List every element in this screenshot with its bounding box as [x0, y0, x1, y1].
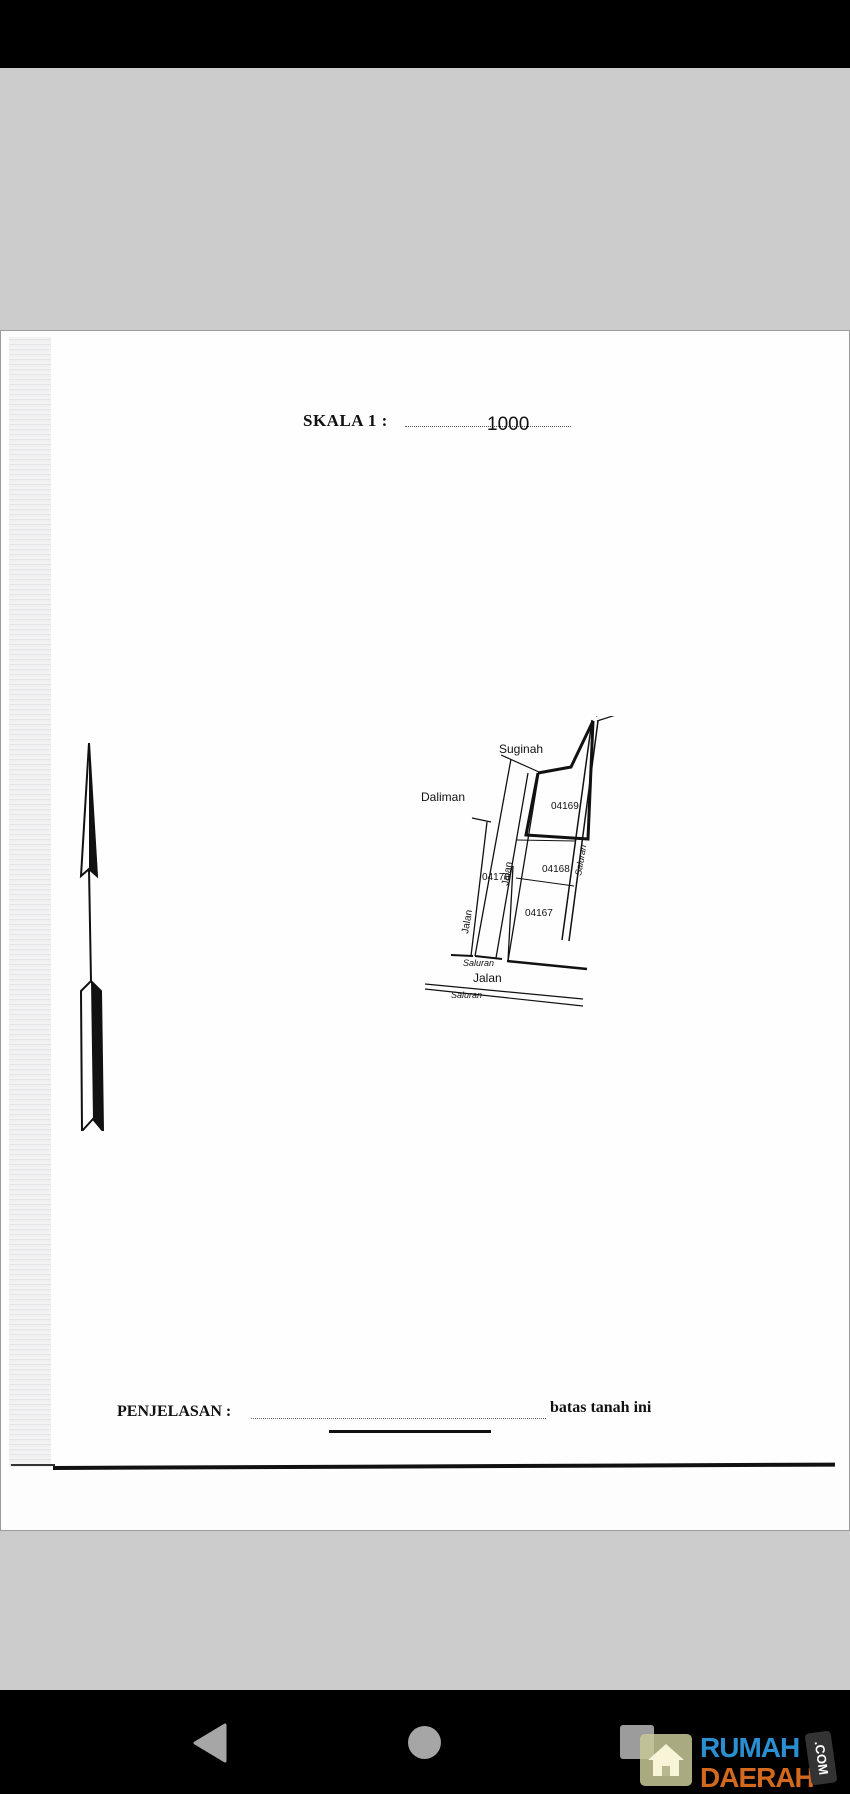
neighbor-daliman: Daliman: [421, 790, 465, 804]
scale-value: 1000: [487, 414, 529, 436]
status-bar: [0, 0, 850, 68]
scale-label: SKALA 1 :: [303, 411, 388, 431]
explanation-dotted-line: [251, 1418, 546, 1419]
road-label-jalan-bottom: Jalan: [473, 971, 502, 985]
watermark-logo: RUMAH DAERAH .COM: [640, 1722, 850, 1794]
watermark-rumah: RUMAH: [700, 1732, 799, 1764]
boundary-legend-line: [329, 1430, 491, 1433]
house-icon: [640, 1734, 692, 1786]
explanation-label: PENJELASAN :: [117, 1403, 231, 1421]
note-saluran-bottom: Saluran: [451, 990, 482, 1000]
note-saluran-lower: Saluran: [463, 958, 494, 968]
parcel-04167: 04167: [525, 908, 553, 919]
scanned-document[interactable]: SKALA 1 : 1000 Suginah: [0, 330, 850, 1531]
road-label-jalan-left: Jalan: [460, 909, 475, 934]
land-parcel-map: Suginah Daliman 04169 04168 04170 04167 …: [411, 716, 641, 1016]
neighbor-suginah: Suginah: [499, 742, 543, 756]
parcel-04168: 04168: [542, 864, 570, 875]
back-triangle-icon[interactable]: [193, 1723, 227, 1763]
road-label-jalan-center: Jalan: [500, 861, 515, 886]
note-saluran-right: Saluran: [573, 844, 588, 876]
north-arrow-icon: [73, 741, 109, 1131]
parcel-04169: 04169: [551, 801, 579, 812]
home-circle-icon[interactable]: [408, 1726, 441, 1759]
watermark-daerah: DAERAH: [700, 1762, 814, 1794]
scan-edge-texture: [9, 337, 51, 1467]
explanation-suffix: batas tanah ini: [550, 1399, 651, 1417]
bottom-rule-step: [11, 1464, 55, 1466]
